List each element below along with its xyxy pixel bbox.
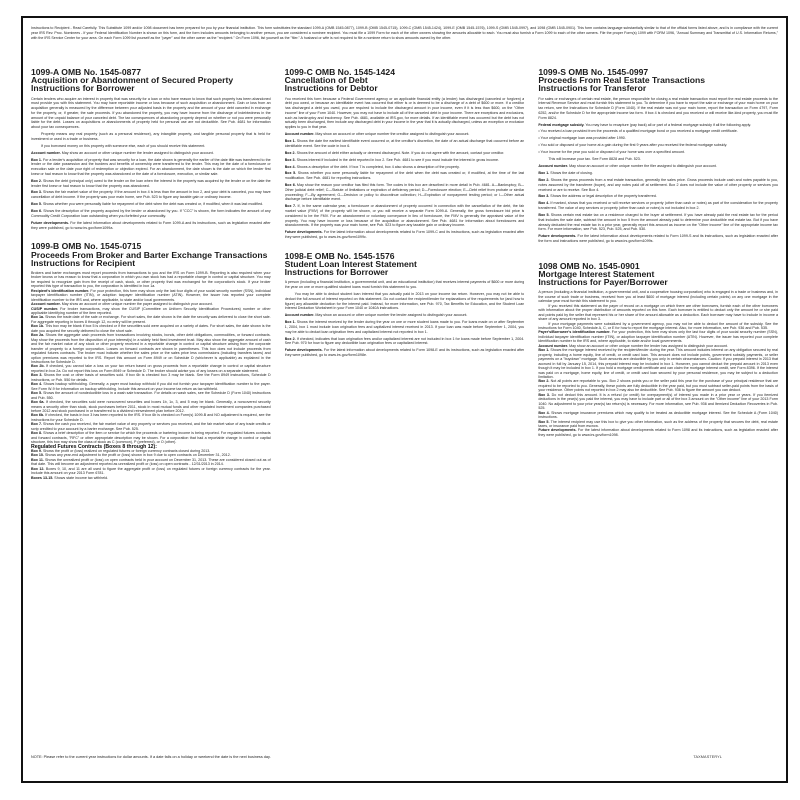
paragraph-label: Boxes 13-15. [31, 476, 53, 480]
instruction-paragraph: Box 8. Shows a brief description of the … [31, 431, 271, 444]
section-heading: 1098-E OMB No. 1545-1576Student Loan Int… [285, 252, 525, 277]
instruction-paragraph: Box 1. Shows the mortgage interest recei… [538, 348, 778, 379]
instruction-paragraph: Box 5. Shows whether you were personally… [285, 171, 525, 181]
instruction-paragraph: Box 6. Shows the description of the prop… [31, 209, 271, 219]
form-audience: Instructions for Transferor [538, 83, 646, 93]
instruction-paragraph: Account number. May show an account or o… [31, 151, 271, 156]
instruction-paragraph: Box 3. Shows interest if included in the… [285, 158, 525, 163]
paragraph-label: Box 10. [31, 453, 44, 457]
paragraph-label: Box 3. [538, 393, 550, 397]
instruction-paragraph: Box 6b. If checked, the basis in box 3 h… [31, 413, 271, 422]
paragraph-label: Future developments. [285, 348, 323, 352]
instruction-paragraph: Future developments. For the latest info… [285, 348, 525, 358]
paragraph-label: Box 1a. [31, 315, 44, 319]
section-heading: 1098 OMB No. 1545-0901Mortgage Interest … [538, 262, 778, 287]
document-page: Instructions to Recipient - Read Careful… [21, 16, 788, 783]
instruction-paragraph: Brokers and barter exchanges must report… [31, 271, 271, 289]
paragraph-label: Box 2b. [31, 364, 45, 368]
paragraph-label: Box 1. [285, 139, 296, 143]
instruction-paragraph: Box 1. For a lender's acquisition of pro… [31, 158, 271, 177]
form-audience: Instructions for Borrower [31, 83, 135, 93]
form-audience: Instructions for Recipient [31, 258, 135, 268]
section-1099-b: 1099-B OMB No. 1545-0715Proceeds From Br… [31, 242, 271, 480]
instruction-paragraph: Future developments. For the latest info… [538, 428, 778, 437]
paragraph-label: Account number. [285, 313, 315, 317]
paragraph-label: Account number. [538, 164, 568, 168]
instruction-paragraph: If you borrowed money on this property w… [31, 144, 271, 149]
instruction-paragraph: Property means any real property (such a… [31, 132, 271, 142]
instruction-paragraph: Box 5. Shows the amount of nondeductible… [31, 391, 271, 400]
instruction-paragraph: Future developments. For the latest info… [285, 230, 525, 240]
instruction-paragraph: Box 3. Do not deduct this amount. It is … [538, 393, 778, 411]
paragraph-label: Account number. [538, 344, 568, 348]
paragraph-label: Box 5. [538, 420, 549, 424]
intro-paragraph: Instructions to Recipient - Read Careful… [31, 26, 778, 41]
paragraph-label: Box 3. [538, 194, 549, 198]
instruction-paragraph: Box 4. Shows a description of the debt. … [285, 165, 525, 170]
instruction-paragraph: Box 7. If, in the same calendar year, a … [285, 204, 525, 228]
paragraph-label: Box 1b. [31, 324, 44, 328]
section-heading: 1099-A OMB No. 1545-0877Acquisition or A… [31, 68, 271, 93]
section-1099-s: 1099-S OMB No. 1545-0997Proceeds From Re… [538, 68, 778, 244]
paragraph-label: Box 12. [31, 467, 44, 471]
form-audience: Instructions for Borrower [285, 267, 389, 277]
instruction-paragraph: You may be able to deduct student loan i… [285, 292, 525, 311]
paragraph-label: Box 2. [538, 178, 549, 182]
section-heading: 1099-B OMB No. 1545-0715Proceeds From Br… [31, 242, 271, 267]
instruction-paragraph: Box 6. May show the reason your creditor… [285, 183, 525, 202]
section-heading: 1099-C OMB No. 1545-1424Cancellation of … [285, 68, 525, 93]
instruction-paragraph: Payer's/Borrower's identification number… [538, 330, 778, 343]
instruction-paragraph: Box 3. Shows the address or legal descri… [538, 194, 778, 199]
paragraph-label: Box 4. [538, 201, 549, 205]
instruction-paragraph: Box 12. Boxes 9, 10, and 11 are all used… [31, 467, 271, 476]
instruction-paragraph: Box 2. Shows the debt (principal only) o… [31, 179, 271, 189]
paragraph-label: Box 1. [538, 171, 549, 175]
instruction-paragraph: Certain lenders who acquire an interest … [31, 97, 271, 130]
instruction-paragraph: Box 5. Shows certain real estate tax on … [538, 213, 778, 232]
paragraph-label: Box 3. [285, 158, 296, 162]
paragraph-label: Payer's/Borrower's identification number… [538, 330, 610, 334]
paragraph-label: Box 3. [31, 190, 42, 194]
paragraph-label: Account number. [31, 151, 61, 155]
paragraph-label: Box 5. [538, 213, 549, 217]
instruction-paragraph: • You sold or disposed of your home at a… [538, 143, 778, 148]
instruction-paragraph: Account number. May show an account or o… [538, 164, 778, 169]
paragraph-label: Box 1. [31, 158, 42, 162]
paragraph-label: Box 2. [285, 151, 296, 155]
paragraph-label: Box 2. [285, 337, 296, 341]
instruction-paragraph: Box 1. Shows the date of closing. [538, 171, 778, 176]
paragraph-label: Future developments. [285, 230, 323, 234]
instruction-paragraph: Box 1. Shows the date the earliest ident… [285, 139, 525, 149]
paragraph-label: Future developments. [538, 428, 576, 432]
paragraph-label: Future developments. [31, 221, 69, 225]
paragraph-label: Box 11. [31, 458, 44, 462]
instruction-paragraph: Box 4. Shows mortgage insurance premiums… [538, 411, 778, 420]
footer-note: NOTE: Please refer to the current year i… [31, 755, 271, 759]
instruction-paragraph: Future developments. For the latest info… [538, 234, 778, 244]
instruction-paragraph: Box 7. Shows the cash you received, the … [31, 422, 271, 431]
instruction-paragraph: Box 2. Shows the amount of debt either a… [285, 151, 525, 156]
instruction-paragraph: Box 5. The interest recipient may use th… [538, 420, 778, 429]
paragraph-label: Account number. [31, 302, 61, 306]
instruction-paragraph: Box 4. If marked, shows that you receive… [538, 201, 778, 211]
instruction-paragraph: This will increase your tax. See Form 88… [538, 157, 778, 162]
paragraph-label: Box 6a. [31, 400, 44, 404]
instruction-paragraph: Box 2. Not all points are reportable to … [538, 379, 778, 392]
instruction-paragraph: Box 3. Shows the fair market value of th… [31, 190, 271, 200]
paragraph-label: Box 4. [538, 411, 549, 415]
instruction-paragraph: Box 5. Shows whether you were personally… [31, 202, 271, 207]
paragraph-label: Box 6. [285, 183, 296, 187]
form-audience: Instructions for Debtor [285, 83, 378, 93]
paragraph-label: Box 5. [285, 171, 297, 175]
paragraph-label: Box 1. [538, 348, 549, 352]
instruction-paragraph: Box 2. If checked, indicates that loan o… [285, 337, 525, 347]
column-left: 1099-A OMB No. 1545-0877Acquisition or A… [31, 68, 271, 743]
paragraph-label: Box 1. [285, 320, 296, 324]
paragraph-label: Box 5. [31, 202, 42, 206]
instruction-paragraph: Box 3. Shows the cost or other basis of … [31, 373, 271, 382]
instruction-paragraph: Box 4. Shows backup withholding. General… [31, 382, 271, 391]
paragraph-label: Box 3. [31, 373, 42, 377]
instruction-paragraph: Box 2b. If checked, you cannot take a lo… [31, 364, 271, 373]
section-1099-a: 1099-A OMB No. 1545-0877Acquisition or A… [31, 68, 271, 230]
paragraph-label: Recipient's identification number. [31, 289, 89, 293]
section-1098: 1098 OMB No. 1545-0901Mortgage Interest … [538, 262, 778, 438]
instruction-paragraph: • You received a loan provided from the … [538, 129, 778, 134]
paragraph-label: Box 9. [31, 449, 42, 453]
instruction-columns: 1099-A OMB No. 1545-0877Acquisition or A… [31, 68, 778, 743]
instruction-paragraph: A person (including a financial institut… [285, 280, 525, 290]
instruction-paragraph: You received this form because a Federal… [285, 97, 525, 130]
column-middle: 1099-C OMB No. 1545-1424Cancellation of … [285, 68, 525, 743]
instruction-paragraph: If your mortgage payments were subsidize… [538, 322, 778, 331]
paragraph-label: CUSIP number. [31, 307, 58, 311]
section-1098-e: 1098-E OMB No. 1545-1576Student Loan Int… [285, 252, 525, 358]
paragraph-label: Box 2. [538, 379, 549, 383]
instruction-paragraph: • Your income for the year you sold or d… [538, 150, 778, 155]
form-code: TAXMASTERYL [693, 755, 722, 759]
instruction-paragraph: Box 1b. This box may be blank if box 5 i… [31, 324, 271, 333]
paragraph-label: Future developments. [538, 234, 576, 238]
instruction-paragraph: Federal mortgage subsidy. You may have t… [538, 123, 778, 128]
paragraph-label: Federal mortgage subsidy. [538, 123, 584, 127]
paragraph-label: Box 6. [31, 209, 42, 213]
column-right: 1099-S OMB No. 1545-0997Proceeds From Re… [538, 68, 778, 743]
instruction-paragraph: Account number. May show an account or o… [285, 132, 525, 137]
paragraph-label: Box 5. [31, 391, 42, 395]
paragraph-label: Box 4. [285, 165, 296, 169]
paragraph-label: Box 2. [31, 179, 42, 183]
instruction-paragraph: Boxes 13-15. Shows state income tax with… [31, 476, 271, 480]
instruction-paragraph: Box 1. Shows the interest received by th… [285, 320, 525, 334]
instruction-paragraph: Box 11. Shows the unrealized profit or (… [31, 458, 271, 467]
instruction-paragraph: If you received this statement as the pa… [538, 304, 778, 322]
section-1099-c: 1099-C OMB No. 1545-1424Cancellation of … [285, 68, 525, 240]
paragraph-label: Box 4. [31, 382, 42, 386]
paragraph-label: Box 8. [31, 431, 42, 435]
instruction-paragraph: Box 2a. Shows the aggregate cash proceed… [31, 333, 271, 364]
instruction-paragraph: Account number. May show an account or o… [285, 313, 525, 318]
paragraph-label: Box 6b. [31, 413, 44, 417]
instruction-paragraph: Box 2. Shows the gross proceeds from a r… [538, 178, 778, 192]
form-audience: Instructions for Payer/Borrower [538, 277, 667, 287]
section-heading: 1099-S OMB No. 1545-0997Proceeds From Re… [538, 68, 778, 93]
instruction-paragraph: Recipient's identification number. For y… [31, 289, 271, 302]
paragraph-label: Box 7. [285, 204, 296, 208]
instruction-paragraph: For sales or exchanges of certain real e… [538, 97, 778, 121]
paragraph-label: Box 2a. [31, 333, 44, 337]
paragraph-label: Box 7. [31, 422, 42, 426]
paragraph-label: Account number. [285, 132, 315, 136]
instruction-paragraph: Box 1a. Shows the trade date of the sale… [31, 315, 271, 324]
instruction-paragraph: Future developments. For the latest info… [31, 221, 271, 231]
instruction-paragraph: • Your original mortgage loan was provid… [538, 136, 778, 141]
instruction-paragraph: CUSIP number. For broker transactions, m… [31, 307, 271, 316]
instruction-paragraph: Box 6a. If checked, the securities sold … [31, 400, 271, 413]
instruction-paragraph: A person (including a financial institut… [538, 290, 778, 303]
